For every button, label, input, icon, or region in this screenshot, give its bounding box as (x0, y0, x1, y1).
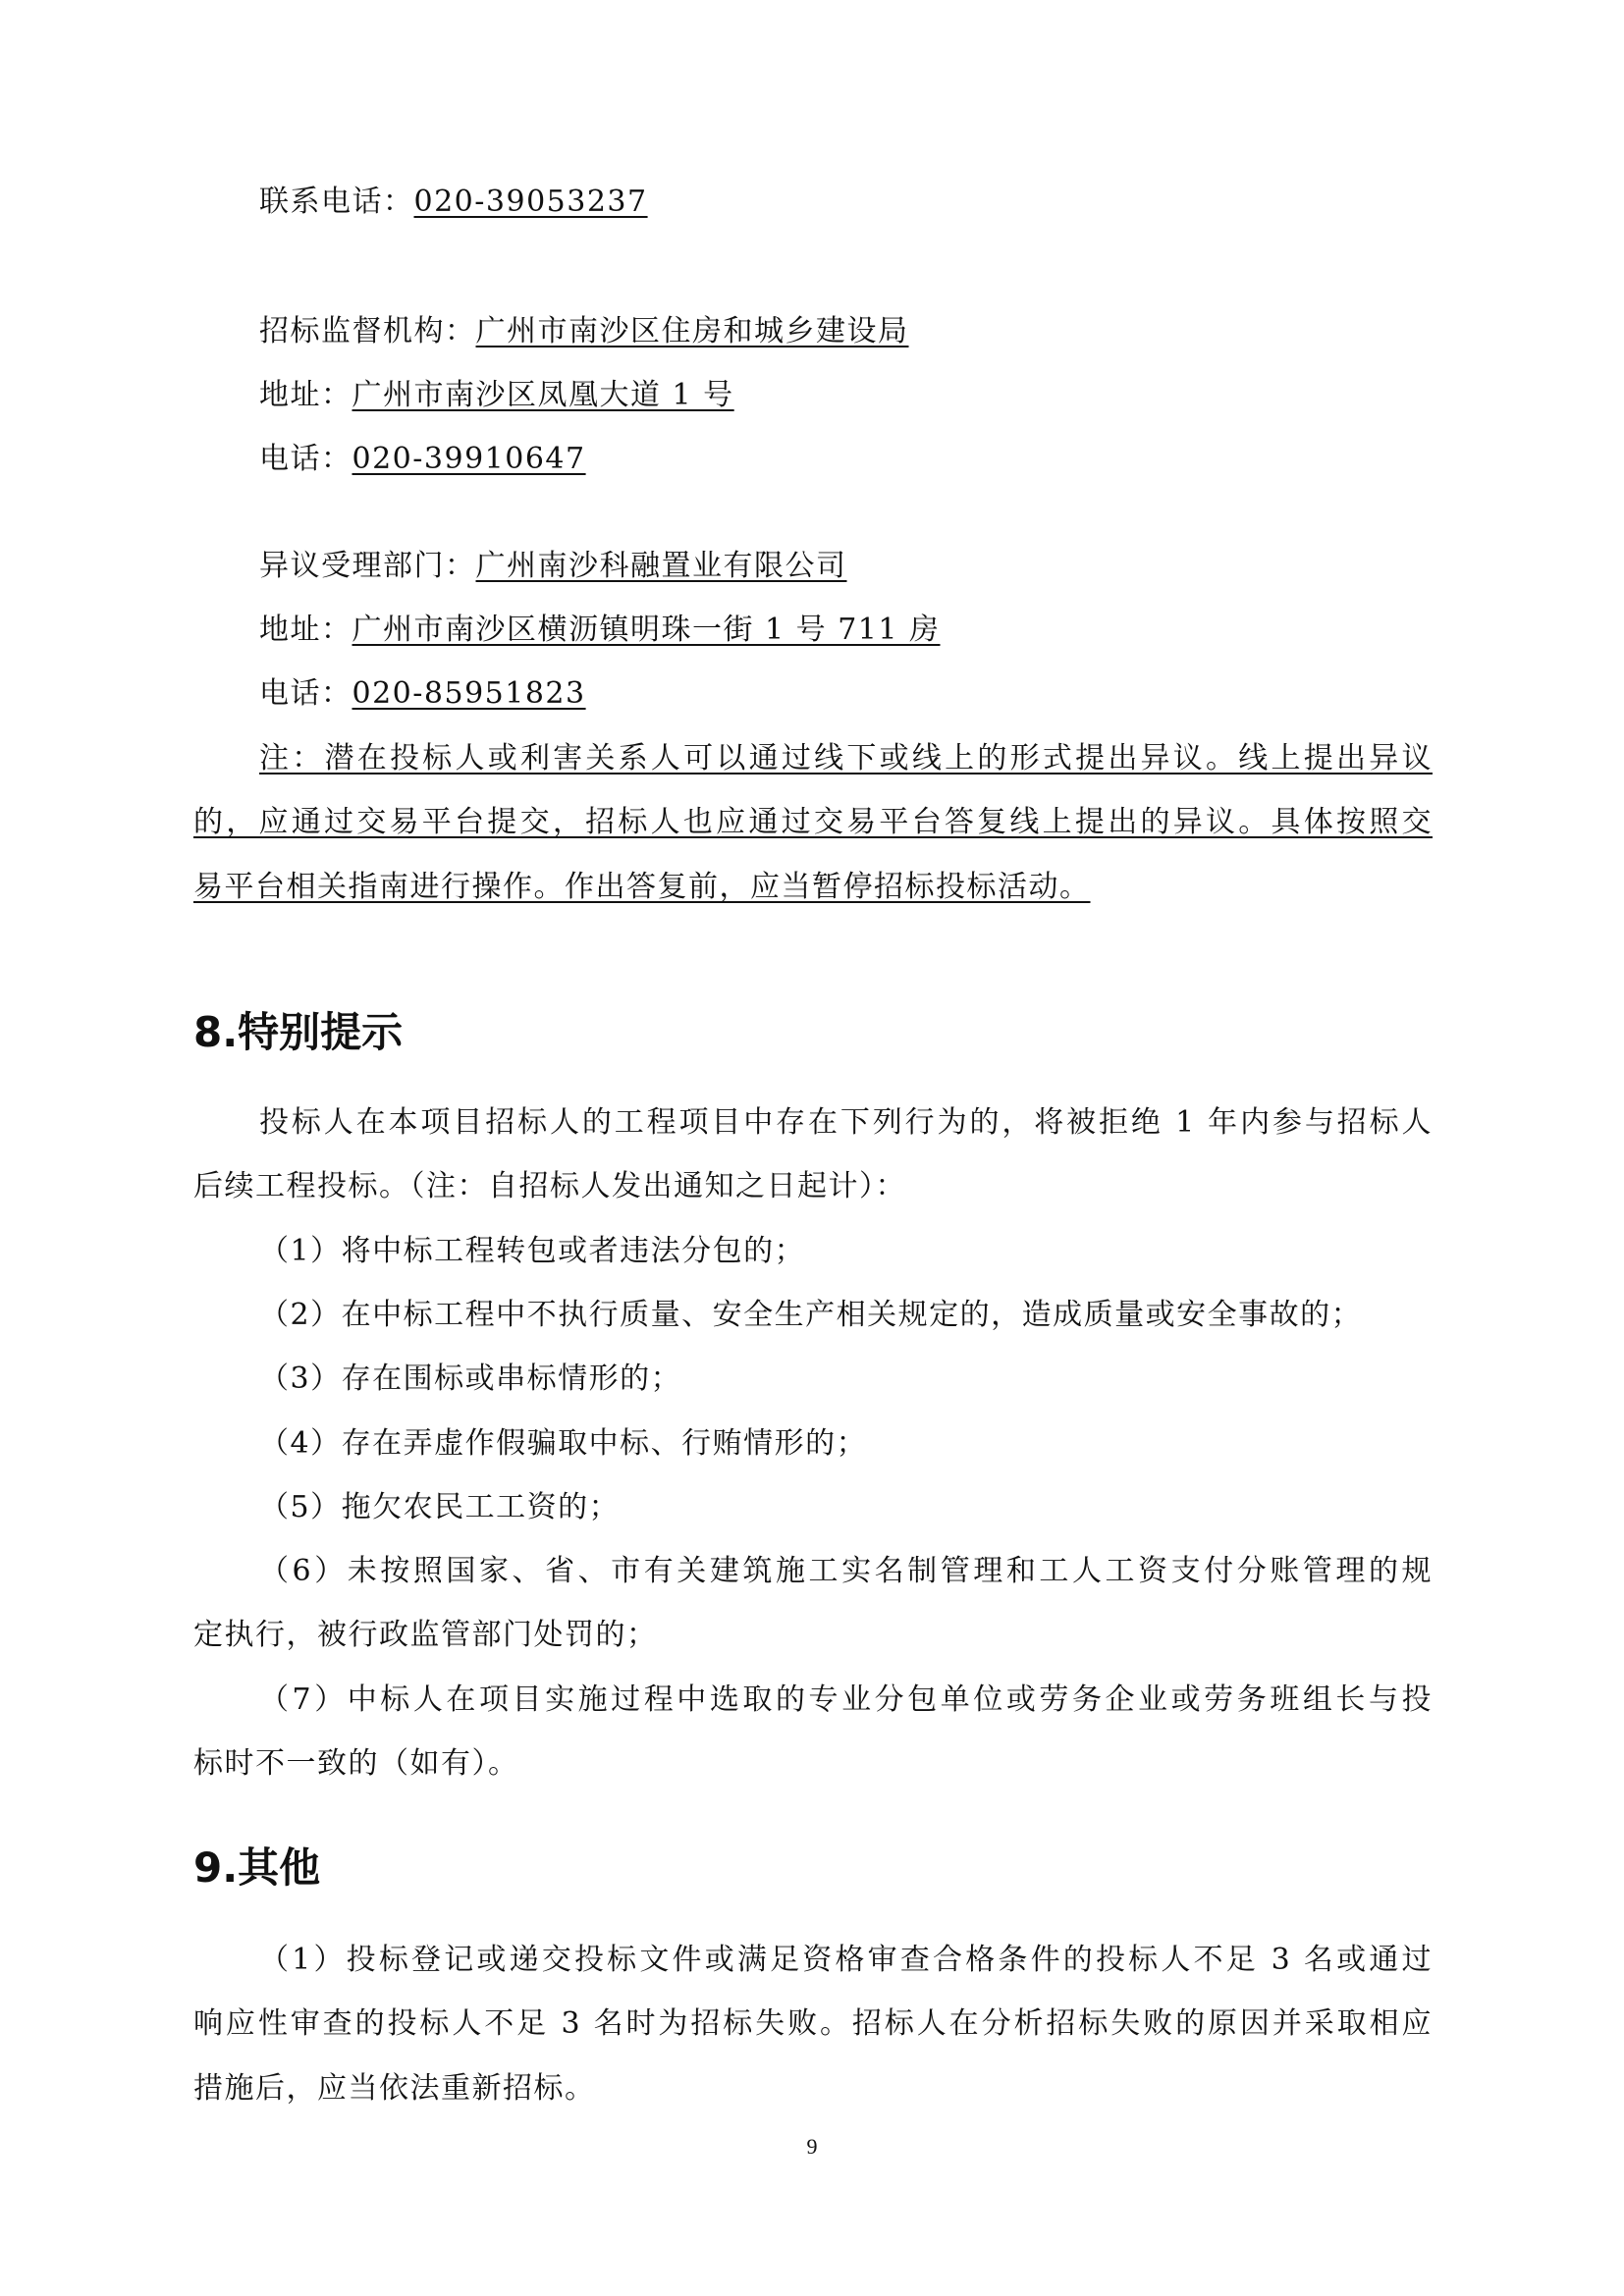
objection-dept-label: 异议受理部门： (259, 549, 476, 583)
section-8-item-2: （2）在中标工程中不执行质量、安全生产相关规定的，造成质量或安全事故的； (259, 1296, 1433, 1335)
note-line-2: 的，应通过交易平台提交，招标人也应通过交易平台答复线上提出的异议。具体按照交 (193, 803, 1433, 842)
supervisor-address-label: 地址： (259, 378, 352, 412)
objection-phone-line: 电话：020-85951823 (259, 674, 1433, 714)
section-8-item-7-line-2: 标时不一致的（如有）。 (193, 1744, 1433, 1784)
supervisor-phone-value: 020-39910647 (352, 442, 586, 476)
section-8-item-7-line-1: （7）中标人在项目实施过程中选取的专业分包单位或劳务企业或劳务班组长与投 (259, 1681, 1433, 1720)
objection-address-value: 广州市南沙区横沥镇明珠一街 1 号 711 房 (352, 613, 941, 647)
supervisor-org-label: 招标监督机构： (259, 314, 476, 348)
section-8-intro-line-2: 后续工程投标。（注：自招标人发出通知之日起计）： (193, 1167, 1433, 1206)
objection-address-label: 地址： (259, 613, 352, 647)
objection-dept-value: 广州南沙科融置业有限公司 (476, 549, 847, 583)
document-page: 联系电话：020-39053237 招标监督机构：广州市南沙区住房和城乡建设局 … (0, 0, 1624, 2296)
note-line-3: 易平台相关指南进行操作。作出答复前，应当暂停招标投标活动。 (193, 868, 1433, 907)
agent-phone-value: 020-39053237 (414, 185, 648, 219)
section-8-title: 8.特别提示 (193, 1008, 403, 1057)
section-9-title: 9.其他 (193, 1843, 320, 1893)
objection-phone-label: 电话： (259, 676, 352, 711)
supervisor-org-value: 广州市南沙区住房和城乡建设局 (476, 314, 909, 348)
section-8-item-1: （1）将中标工程转包或者违法分包的； (259, 1232, 1433, 1271)
section-8-item-4: （4）存在弄虚作假骗取中标、行贿情形的； (259, 1424, 1433, 1464)
agent-phone-line: 联系电话：020-39053237 (259, 183, 1433, 222)
supervisor-phone-line: 电话：020-39910647 (259, 440, 1433, 479)
section-9-para-1-line-2: 响应性审查的投标人不足 3 名时为招标失败。招标人在分析招标失败的原因并采取相应 (193, 2004, 1433, 2044)
note-line-1: 注：潜在投标人或利害关系人可以通过线下或线上的形式提出异议。线上提出异议 (259, 739, 1433, 778)
objection-dept-line: 异议受理部门：广州南沙科融置业有限公司 (259, 547, 1433, 586)
section-8-item-6-line-1: （6）未按照国家、省、市有关建筑施工实名制管理和工人工资支付分账管理的规 (259, 1552, 1433, 1591)
objection-phone-value: 020-85951823 (352, 676, 586, 711)
section-8-intro-line-1: 投标人在本项目招标人的工程项目中存在下列行为的，将被拒绝 1 年内参与招标人 (259, 1103, 1433, 1143)
section-8-item-6-line-2: 定执行，被行政监管部门处罚的； (193, 1616, 1433, 1655)
objection-address-line: 地址：广州市南沙区横沥镇明珠一街 1 号 711 房 (259, 611, 1433, 650)
section-8-item-5: （5）拖欠农民工工资的； (259, 1488, 1433, 1527)
section-8-item-3: （3）存在围标或串标情形的； (259, 1360, 1433, 1399)
section-9-para-1-line-3: 措施后，应当依法重新招标。 (193, 2069, 1433, 2109)
supervisor-address-value: 广州市南沙区凤凰大道 1 号 (352, 378, 734, 412)
agent-phone-label: 联系电话： (259, 185, 414, 219)
supervisor-address-line: 地址：广州市南沙区凤凰大道 1 号 (259, 376, 1433, 415)
supervisor-phone-label: 电话： (259, 442, 352, 476)
section-9-para-1-line-1: （1）投标登记或递交投标文件或满足资格审查合格条件的投标人不足 3 名或通过 (259, 1941, 1433, 1980)
page-number: 9 (0, 2132, 1624, 2162)
supervisor-org-line: 招标监督机构：广州市南沙区住房和城乡建设局 (259, 312, 1433, 351)
